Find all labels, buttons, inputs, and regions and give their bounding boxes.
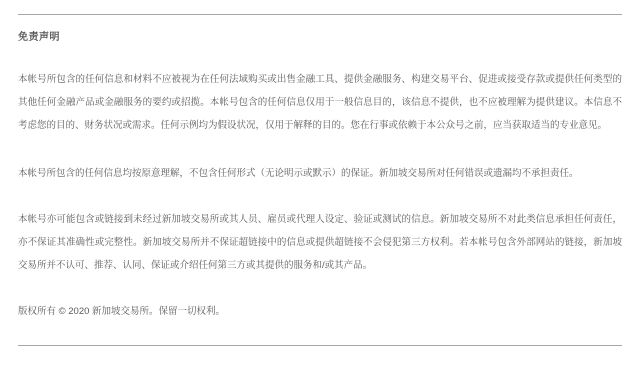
top-divider bbox=[18, 14, 622, 15]
disclaimer-paragraph-2: 本帐号所包含的任何信息均按原意理解，不包含任何形式（无论明示或默示）的保证。新加… bbox=[18, 162, 622, 185]
bottom-divider bbox=[18, 345, 622, 346]
disclaimer-page: 免责声明 本帐号所包含的任何信息和材料不应被视为在任何法域购买或出售金融工具、提… bbox=[0, 14, 640, 346]
disclaimer-paragraph-3: 本帐号亦可能包含或链接到未经过新加坡交易所或其人员、雇员或代理人设定、验证或测试… bbox=[18, 208, 622, 277]
disclaimer-paragraph-1: 本帐号所包含的任何信息和材料不应被视为在任何法域购买或出售金融工具、提供金融服务… bbox=[18, 68, 622, 137]
page-title: 免责声明 bbox=[18, 30, 622, 46]
copyright-notice: 版权所有 © 2020 新加坡交易所。保留一切权利。 bbox=[18, 300, 622, 323]
